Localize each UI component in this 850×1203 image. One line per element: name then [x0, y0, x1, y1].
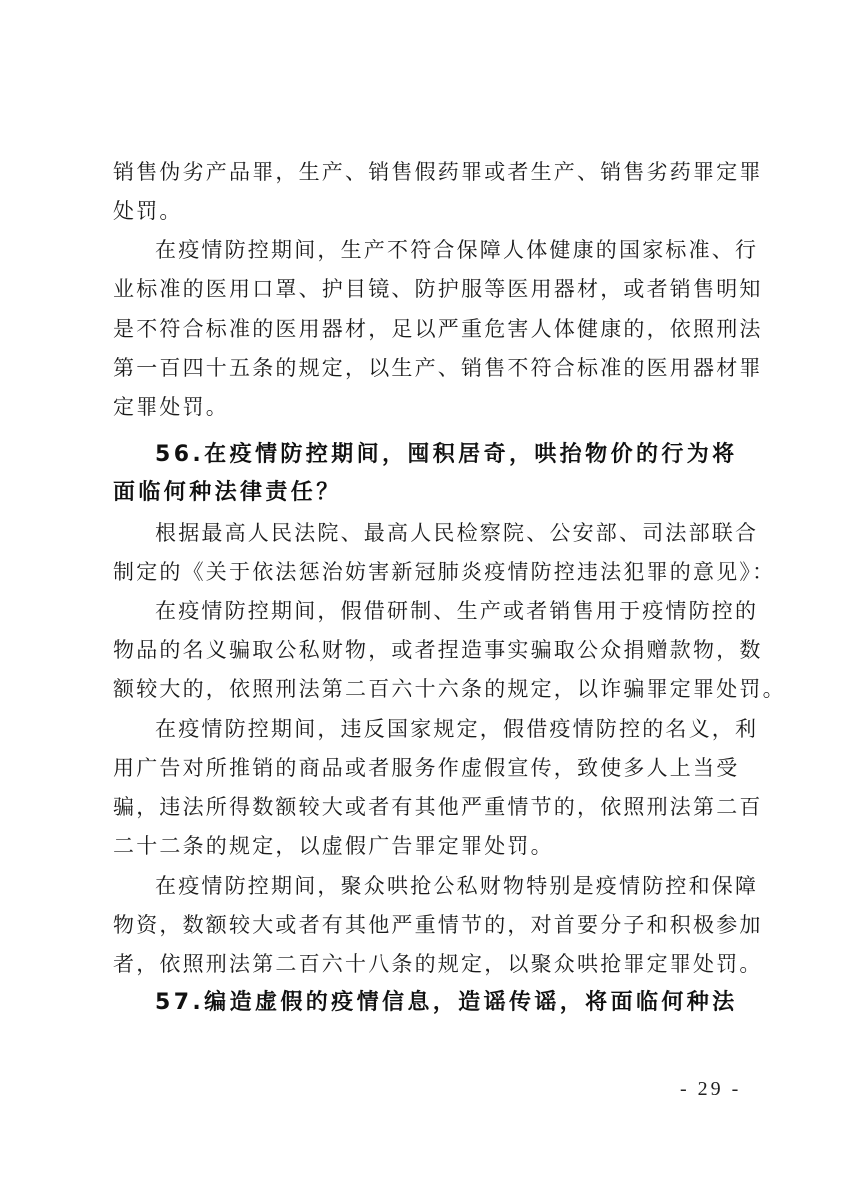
body-text-line: 用广告对所推销的商品或者服务作虚假宣传，致使多人上当受	[113, 754, 745, 782]
body-text-line: 物资，数额较大或者有其他严重情节的，对首要分子和积极参加	[113, 911, 745, 939]
question-heading-56: 56.在疫情防控期间，囤积居奇，哄抬物价的行为将	[155, 441, 745, 469]
body-text-line: 额较大的，依照刑法第二百六十六条的规定，以诈骗罪定罪处罚。	[113, 675, 745, 703]
body-text-line: 定罪处罚。	[113, 393, 745, 421]
body-text-line: 处罚。	[113, 197, 745, 225]
document-page: 销售伪劣产品罪，生产、销售假药罪或者生产、销售劣药罪定罪 处罚。 在疫情防控期间…	[0, 0, 850, 1203]
paragraph-start-line: 在疫情防控期间，生产不符合保障人体健康的国家标准、行	[155, 236, 745, 264]
body-text-line: 二十二条的规定，以虚假广告罪定罪处罚。	[113, 832, 745, 860]
paragraph-start-line: 在疫情防控期间，假借研制、生产或者销售用于疫情防控的	[155, 597, 745, 625]
page-number: - 29 -	[680, 1078, 741, 1101]
paragraph-start-line: 在疫情防控期间，违反国家规定，假借疫情防控的名义，利	[155, 715, 745, 743]
body-text-line: 是不符合标准的医用器材，足以严重危害人体健康的，依照刑法	[113, 315, 745, 343]
question-heading-57: 57.编造虚假的疫情信息，造谣传谣，将面临何种法	[155, 989, 745, 1017]
body-text-line: 物品的名义骗取公私财物，或者捏造事实骗取公众捐赠款物，数	[113, 636, 745, 664]
body-text-line: 第一百四十五条的规定，以生产、销售不符合标准的医用器材罪	[113, 354, 745, 382]
body-text-line: 制定的《关于依法惩治妨害新冠肺炎疫情防控违法犯罪的意见》：	[113, 558, 745, 586]
body-text-line: 者，依照刑法第二百六十八条的规定，以聚众哄抢罪定罪处罚。	[113, 950, 745, 978]
paragraph-start-line: 根据最高人民法院、最高人民检察院、公安部、司法部联合	[155, 519, 745, 547]
body-text-line: 骗，违法所得数额较大或者有其他严重情节的，依照刑法第二百	[113, 793, 745, 821]
question-heading-56-cont: 面临何种法律责任？	[113, 479, 745, 507]
paragraph-start-line: 在疫情防控期间，聚众哄抢公私财物特别是疫情防控和保障	[155, 872, 745, 900]
body-text-line: 业标准的医用口罩、护目镜、防护服等医用器材，或者销售明知	[113, 275, 745, 303]
body-text-line: 销售伪劣产品罪，生产、销售假药罪或者生产、销售劣药罪定罪	[113, 158, 745, 186]
